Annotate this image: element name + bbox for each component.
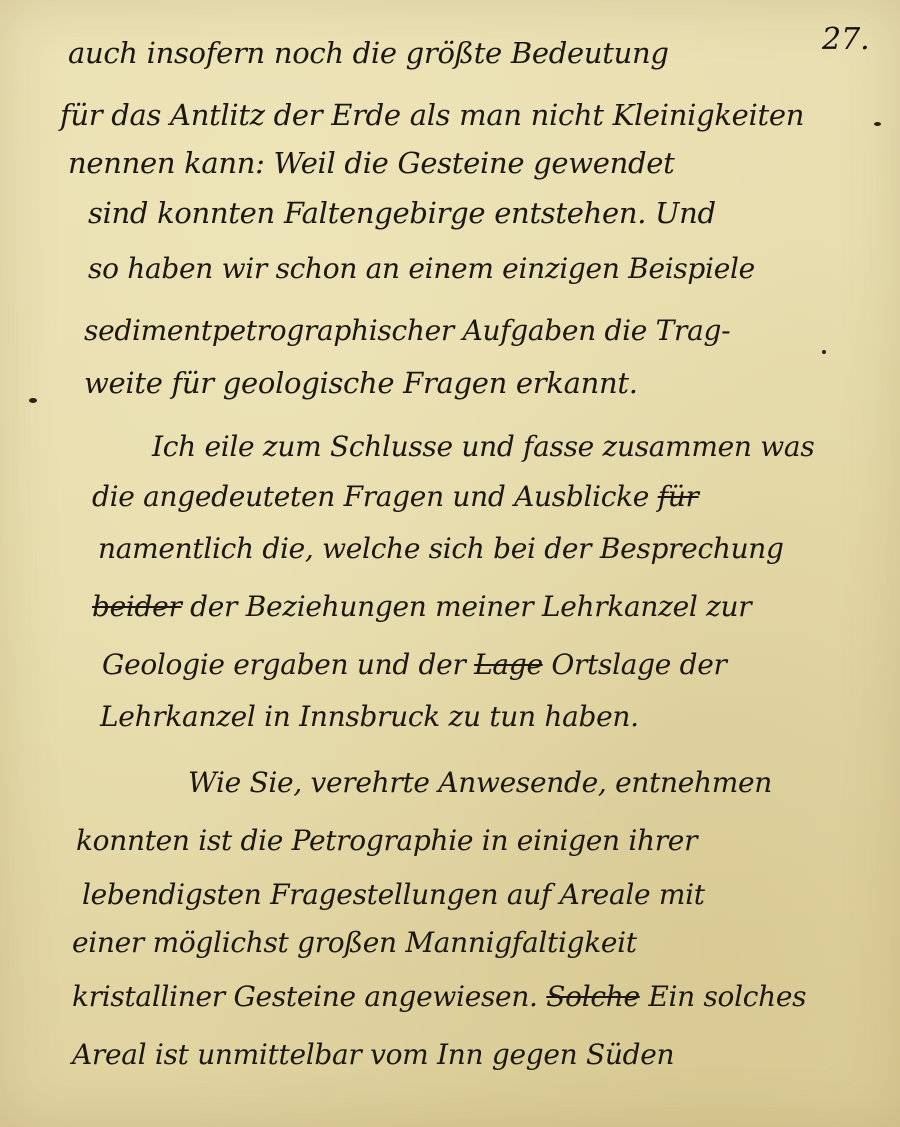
manuscript-line: Ich eile zum Schlusse und fasse zusammen… <box>152 430 814 463</box>
manuscript-line: nennen kann: Weil die Gesteine gewendet <box>68 146 674 180</box>
ink-mark <box>874 122 881 126</box>
line-text: Ein solches <box>648 980 806 1013</box>
manuscript-line: Wie Sie, verehrte Anwesende, entnehmen <box>188 766 772 799</box>
manuscript-line: konnten ist die Petrographie in einigen … <box>76 824 697 857</box>
line-text: konnten ist die Petrographie in einigen … <box>76 824 697 857</box>
manuscript-line: sedimentpetrographischer Aufgaben die Tr… <box>84 314 730 347</box>
line-text: nennen kann: Weil die Gesteine gewendet <box>68 146 674 180</box>
line-text: Geologie ergaben und der <box>102 648 466 681</box>
manuscript-line: namentlich die, welche sich bei der Besp… <box>98 532 784 565</box>
line-text: Lehrkanzel in Innsbruck zu tun haben. <box>100 700 639 733</box>
manuscript-line: einer möglichst großen Mannigfaltigkeit <box>72 926 637 959</box>
ink-mark <box>822 350 826 354</box>
line-text: die angedeuteten Fragen und Ausblicke <box>92 480 649 513</box>
manuscript-line: lebendigsten Fragestellungen auf Areale … <box>82 878 705 911</box>
ink-mark <box>29 398 37 403</box>
deleted-word: Lage <box>474 648 543 681</box>
line-text: lebendigsten Fragestellungen auf Areale … <box>82 878 705 911</box>
page-number: 27. <box>822 22 870 57</box>
manuscript-page: 27. auch insofern noch die größte Bedeut… <box>0 0 900 1127</box>
line-text: namentlich die, welche sich bei der Besp… <box>98 532 784 565</box>
line-text: kristalliner Gesteine angewiesen. <box>72 980 538 1013</box>
manuscript-line: sind konnten Faltengebirge entstehen. Un… <box>88 196 716 230</box>
line-text: weite für geologische Fragen erkannt. <box>84 366 638 400</box>
manuscript-line: so haben wir schon an einem einzigen Bei… <box>88 252 755 285</box>
line-text: Areal ist unmittelbar vom Inn gegen Süde… <box>72 1038 674 1071</box>
manuscript-line: beider der Beziehungen meiner Lehrkanzel… <box>92 590 751 623</box>
manuscript-line: weite für geologische Fragen erkannt. <box>84 366 638 400</box>
line-text: so haben wir schon an einem einzigen Bei… <box>88 252 755 285</box>
line-text: sind konnten Faltengebirge entstehen. Un… <box>88 196 716 230</box>
line-text: Wie Sie, verehrte Anwesende, entnehmen <box>188 766 772 799</box>
line-text: Ich eile zum Schlusse und fasse zusammen… <box>152 430 814 463</box>
manuscript-line: Areal ist unmittelbar vom Inn gegen Süde… <box>72 1038 674 1071</box>
deleted-word: für <box>658 480 699 513</box>
deleted-word: beider <box>92 590 182 623</box>
line-text: sedimentpetrographischer Aufgaben die Tr… <box>84 314 730 347</box>
deleted-word: Solche <box>546 980 639 1013</box>
line-text: für das Antlitz der Erde als man nicht K… <box>60 98 804 132</box>
line-text: einer möglichst großen Mannigfaltigkeit <box>72 926 637 959</box>
manuscript-line: Lehrkanzel in Innsbruck zu tun haben. <box>100 700 639 733</box>
manuscript-line: kristalliner Gesteine angewiesen. Solche… <box>72 980 806 1013</box>
line-text: Ortslage der <box>551 648 726 681</box>
manuscript-line: Geologie ergaben und der Lage Ortslage d… <box>102 648 727 681</box>
line-text: auch insofern noch die größte Bedeutung <box>68 36 669 70</box>
line-text: der Beziehungen meiner Lehrkanzel zur <box>190 590 751 623</box>
manuscript-line: die angedeuteten Fragen und Ausblicke fü… <box>92 480 699 513</box>
manuscript-line: auch insofern noch die größte Bedeutung <box>68 36 669 70</box>
manuscript-line: für das Antlitz der Erde als man nicht K… <box>60 98 804 132</box>
